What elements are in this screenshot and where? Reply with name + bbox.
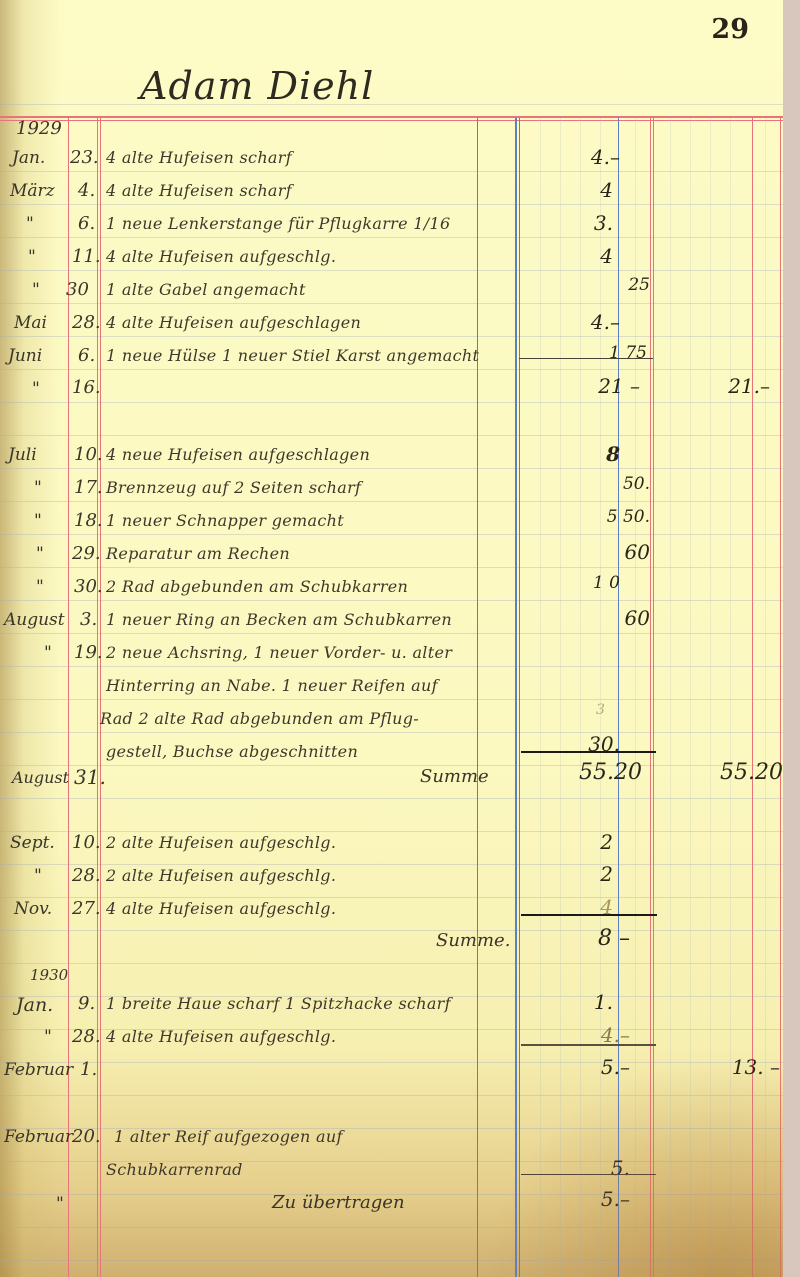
subtotal-rule (519, 358, 653, 359)
subtotal-amount: 55.20 (552, 760, 642, 785)
entry-month: " (36, 577, 44, 597)
entry-day: 28. (72, 312, 101, 333)
right-margin-rule (780, 118, 781, 1277)
entry-description: 4 alte Hufeisen scharf (106, 181, 292, 200)
entry-day: 18. (74, 510, 103, 531)
entry-day: 17. (74, 477, 103, 498)
entry-day: 23. (70, 147, 99, 168)
entry-day: 19. (74, 642, 103, 663)
total-rule (521, 751, 656, 753)
entry-amount: 4 (523, 244, 613, 268)
entry-amount: 2 (523, 862, 613, 886)
entry-day: 3. (80, 609, 97, 630)
entry-day: 4. (78, 180, 95, 201)
subtotal-month: " (32, 379, 40, 399)
entry-day: 28. (72, 865, 101, 886)
entry-description: Brennzeug auf 2 Seiten scharf (106, 478, 361, 497)
entry-description: 1 breite Haue scharf 1 Spitzhacke scharf (106, 994, 451, 1013)
entry-amount: 4 (523, 178, 613, 202)
total-column-rule (650, 118, 651, 1277)
subtotal-rule (521, 1044, 656, 1046)
subtotal-day: 31. (74, 765, 106, 789)
entry-month: " (32, 280, 40, 300)
entry-day: 9. (78, 993, 95, 1014)
entry-month: Jan. (16, 994, 53, 1016)
entry-month: " (26, 214, 34, 234)
entry-month: " (34, 511, 42, 531)
page-number: 29 (711, 14, 749, 45)
subtotal-rule (521, 1174, 656, 1175)
entry-month: Juni (8, 346, 42, 366)
summe-label: Summe. (436, 930, 510, 951)
entry-description: 1 alte Gabel angemacht (106, 280, 306, 299)
account-name: Adam Diehl (140, 64, 374, 108)
entry-description-line: 2 neue Achsring, 1 neuer Vorder- u. alte… (106, 643, 452, 662)
year-label: 1929 (16, 118, 62, 139)
subtotal-amount: 21 – (550, 374, 640, 398)
entry-amount: 4.– (530, 145, 620, 169)
entry-month: März (10, 181, 55, 201)
entry-description: 2 Rad abgebunden am Schubkarren (106, 577, 408, 596)
description-column-rule (97, 118, 98, 1277)
entry-description: 1 neuer Ring an Becken am Schubkarren (106, 610, 452, 629)
year-label: 1930 (30, 966, 68, 984)
entry-amount: 50. (560, 474, 650, 494)
subtotal-day: 16. (72, 377, 101, 398)
entry-day: 30 (66, 279, 89, 300)
header-red-rule (0, 116, 783, 118)
ledger-page: 29 Adam Diehl 1929 Jan. 23. 4 alte Hufei… (0, 0, 783, 1277)
entry-day: 10. (72, 832, 101, 853)
entry-month: " (36, 544, 44, 564)
entry-description: 4 neue Hufeisen aufgeschlagen (106, 445, 370, 464)
entry-description: 1 neue Lenkerstange für Pflugkarre 1/16 (106, 214, 450, 233)
entry-day: 10. (74, 444, 103, 465)
entry-month: August (4, 610, 65, 630)
entry-day: 11. (72, 246, 101, 267)
entry-day: 29. (72, 543, 101, 564)
entry-amount: 4.– (530, 310, 620, 334)
subtotal-amount: 5.– (540, 1055, 630, 1079)
entry-amount: 3. (523, 211, 613, 235)
entry-day: 28. (72, 1026, 101, 1047)
entry-day: 6. (78, 345, 95, 366)
carried-total: 13. – (690, 1055, 780, 1079)
entry-day: 27. (72, 898, 101, 919)
header-red-rule-2 (0, 120, 783, 121)
subtotal-month: " (56, 1194, 64, 1214)
entry-description-line: Hinterring an Nabe. 1 neuer Reifen auf (106, 676, 438, 695)
entry-amount: 1 75 (557, 343, 647, 363)
entry-description: 4 alte Hufeisen aufgeschlg. (106, 247, 336, 266)
subtotal-day: 1. (80, 1059, 97, 1080)
entry-amount: 60 (560, 540, 650, 564)
entry-description: 2 alte Hufeisen aufgeschlg. (106, 833, 336, 852)
subtotal-month: Februar (4, 1060, 73, 1080)
description-end-rule (477, 118, 478, 1277)
entry-month: Sept. (10, 833, 55, 853)
entry-description: 1 neuer Schnapper gemacht (106, 511, 344, 530)
entry-day: 20. (72, 1126, 101, 1147)
entry-month: " (28, 247, 36, 267)
entry-month: Juli (8, 445, 37, 465)
amount-column-rule (515, 118, 517, 1277)
faint-pencil-note: 3 (596, 702, 605, 718)
entry-amount: 8 (530, 442, 620, 466)
entry-description-line: Schubkarrenrad (106, 1160, 243, 1179)
carried-total: 55.20. (700, 760, 783, 785)
carry-forward-label: Zu übertragen (272, 1192, 405, 1213)
subtotal-amount: 8 – (540, 926, 630, 951)
entry-amount: 60 (560, 606, 650, 630)
entry-amount: 5 50. (560, 507, 650, 527)
entry-description: 1 neue Hülse 1 neuer Stiel Karst angemac… (106, 346, 479, 365)
entry-day: 30. (74, 576, 103, 597)
entry-description: 4 alte Hufeisen aufgeschlg. (106, 1027, 336, 1046)
entry-month: Mai (14, 313, 47, 333)
entry-month: Jan. (12, 148, 45, 168)
entry-amount: 1 0 (530, 573, 620, 593)
entry-amount: 2 (523, 830, 613, 854)
subtotal-amount: 5.– (540, 1187, 630, 1211)
entry-description: 4 alte Hufeisen aufgeschlagen (106, 313, 361, 332)
entry-amount: 1. (523, 990, 613, 1014)
entry-amount: 25 (560, 275, 650, 295)
entry-day: 6. (78, 213, 95, 234)
entry-description: Reparatur am Rechen (106, 544, 290, 563)
entry-description: 4 alte Hufeisen aufgeschlg. (106, 899, 336, 918)
entry-month: " (44, 643, 52, 663)
entry-description-line: gestell, Buchse abgeschnitten (106, 742, 358, 761)
total-rule (521, 914, 657, 916)
entry-month: " (34, 866, 42, 886)
ruled-line (0, 104, 783, 105)
total-cents-rule (752, 118, 753, 1277)
entry-description-line: 1 alter Reif aufgezogen auf (114, 1127, 343, 1146)
entry-description: 4 alte Hufeisen scharf (106, 148, 292, 167)
entry-description: 2 alte Hufeisen aufgeschlg. (106, 866, 336, 885)
entry-amount: 5. (540, 1156, 630, 1180)
entry-description-line: Rad 2 alte Rad abgebunden am Pflug- (100, 709, 419, 728)
subtotal-month: August (12, 768, 69, 787)
entry-month: " (44, 1027, 52, 1047)
entry-month: " (34, 478, 42, 498)
carried-total: 21.– (680, 374, 770, 398)
summe-label: Summe (420, 766, 489, 787)
entry-month: Nov. (14, 899, 52, 919)
entry-month: Februar (4, 1127, 73, 1147)
